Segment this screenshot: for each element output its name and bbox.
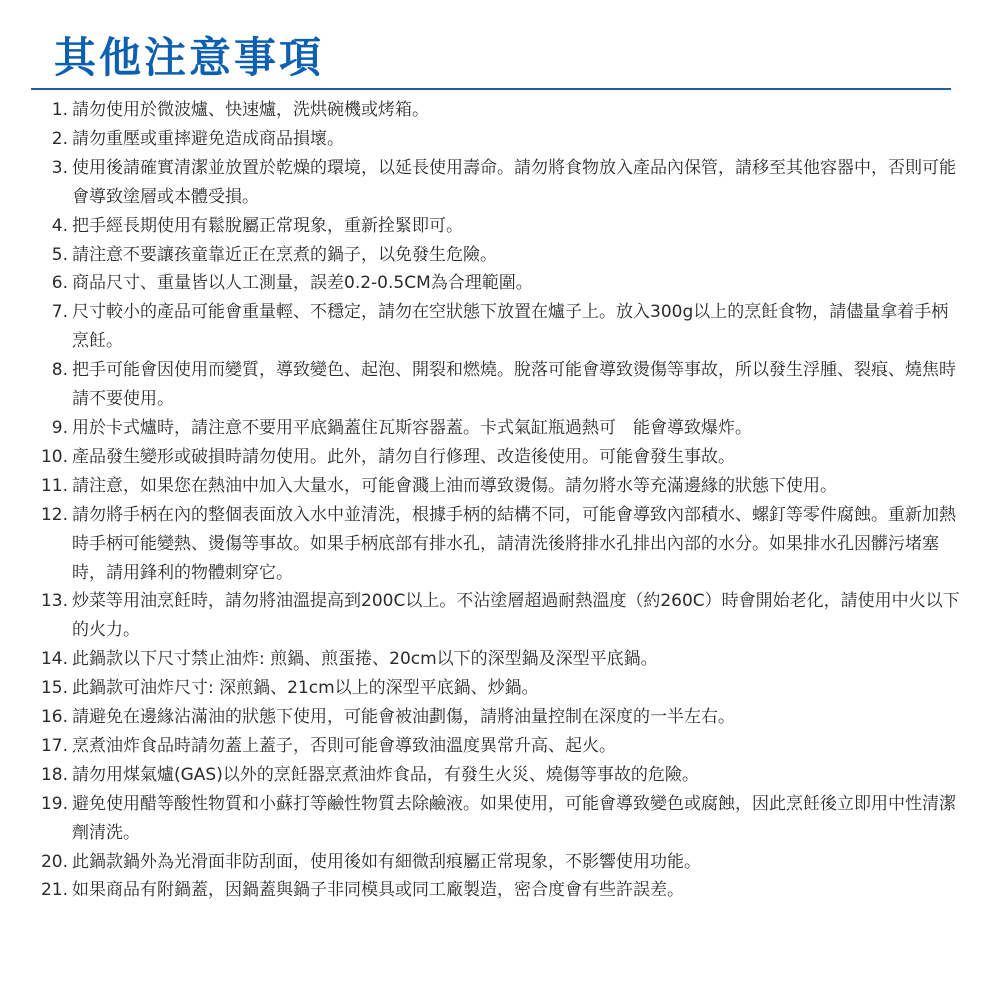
note-item: 10.產品發生變形或破損時請勿使用。此外，請勿自行修理、改造後使用。可能會發生事… (0, 443, 1000, 472)
note-text: 此鍋款以下尺寸禁止油炸: 煎鍋、煎蛋捲、20cm以下的深型鍋及深型平底鍋。 (72, 645, 962, 674)
note-text: 請注意，如果您在熱油中加入大量水，可能會濺上油而導致燙傷。請勿將水等充滿邊緣的狀… (72, 472, 962, 501)
note-text: 請勿使用於微波爐、快速爐，洗烘碗機或烤箱。 (72, 96, 962, 125)
note-number: 15. (0, 674, 68, 703)
note-number: 11. (0, 472, 68, 501)
note-number: 3. (0, 154, 68, 183)
note-item: 1.請勿使用於微波爐、快速爐，洗烘碗機或烤箱。 (0, 96, 1000, 125)
note-item: 17.烹煮油炸食品時請勿蓋上蓋子，否則可能會導致油溫度異常升高、起火。 (0, 732, 1000, 761)
note-number: 1. (0, 96, 68, 125)
note-item: 18.請勿用煤氣爐(GAS)以外的烹飪器烹煮油炸食品，有發生火災、燒傷等事故的危… (0, 761, 1000, 790)
note-number: 8. (0, 356, 68, 385)
note-number: 16. (0, 703, 68, 732)
note-text: 把手經長期使用有鬆脫屬正常現象，重新拴緊即可。 (72, 212, 962, 241)
note-text: 炒菜等用油烹飪時，請勿將油溫提高到200C以上。不沾塗層超過耐熱溫度（約260C… (72, 587, 962, 645)
note-number: 18. (0, 761, 68, 790)
note-number: 10. (0, 443, 68, 472)
notes-list: 1.請勿使用於微波爐、快速爐，洗烘碗機或烤箱。 2.請勿重壓或重摔避免造成商品損… (0, 96, 1000, 905)
note-item: 12.請勿將手柄在內的整個表面放入水中並清洗，根據手柄的結構不同，可能會導致內部… (0, 501, 1000, 588)
note-item: 16.請避免在邊緣沾滿油的狀態下使用，可能會被油劃傷，請將油量控制在深度的一半左… (0, 703, 1000, 732)
note-item: 13.炒菜等用油烹飪時，請勿將油溫提高到200C以上。不沾塗層超過耐熱溫度（約2… (0, 587, 1000, 645)
note-number: 14. (0, 645, 68, 674)
note-item: 19.避免使用醋等酸性物質和小蘇打等鹼性物質去除鹼液。如果使用，可能會導致變色或… (0, 790, 1000, 848)
note-item: 4.把手經長期使用有鬆脫屬正常現象，重新拴緊即可。 (0, 212, 1000, 241)
note-text: 產品發生變形或破損時請勿使用。此外，請勿自行修理、改造後使用。可能會發生事故。 (72, 443, 962, 472)
note-number: 19. (0, 790, 68, 819)
note-item: 11.請注意，如果您在熱油中加入大量水，可能會濺上油而導致燙傷。請勿將水等充滿邊… (0, 472, 1000, 501)
note-text: 烹煮油炸食品時請勿蓋上蓋子，否則可能會導致油溫度異常升高、起火。 (72, 732, 962, 761)
note-text: 請勿用煤氣爐(GAS)以外的烹飪器烹煮油炸食品，有發生火災、燒傷等事故的危險。 (72, 761, 962, 790)
note-number: 4. (0, 212, 68, 241)
note-item: 14.此鍋款以下尺寸禁止油炸: 煎鍋、煎蛋捲、20cm以下的深型鍋及深型平底鍋。 (0, 645, 1000, 674)
note-item: 7.尺寸較小的產品可能會重量輕、不穩定，請勿在空狀態下放置在爐子上。放入300g… (0, 298, 1000, 356)
note-number: 7. (0, 298, 68, 327)
note-text: 使用後請確實清潔並放置於乾燥的環境，以延長使用壽命。請勿將食物放入產品內保管，請… (72, 154, 962, 212)
note-item: 15.此鍋款可油炸尺寸: 深煎鍋、21cm以上的深型平底鍋、炒鍋。 (0, 674, 1000, 703)
note-text: 此鍋款鍋外為光滑面非防刮面，使用後如有細微刮痕屬正常現象，不影響使用功能。 (72, 848, 962, 877)
note-item: 21.如果商品有附鍋蓋，因鍋蓋與鍋子非同模具或同工廠製造，密合度會有些許誤差。 (0, 876, 1000, 905)
note-item: 5.請注意不要讓孩童靠近正在烹煮的鍋子，以免發生危險。 (0, 241, 1000, 270)
note-number: 20. (0, 848, 68, 877)
note-text: 請勿重壓或重摔避免造成商品損壞。 (72, 125, 962, 154)
note-item: 3.使用後請確實清潔並放置於乾燥的環境，以延長使用壽命。請勿將食物放入產品內保管… (0, 154, 1000, 212)
note-text: 避免使用醋等酸性物質和小蘇打等鹼性物質去除鹼液。如果使用，可能會導致變色或腐蝕，… (72, 790, 962, 848)
note-item: 9.用於卡式爐時，請注意不要用平底鍋蓋住瓦斯容器蓋。卡式氣缸瓶過熱可 能會導致爆… (0, 414, 1000, 443)
page-title: 其他注意事項 (54, 32, 324, 84)
note-text: 商品尺寸、重量皆以人工測量，誤差0.2-0.5CM為合理範圍。 (72, 269, 962, 298)
note-item: 2.請勿重壓或重摔避免造成商品損壞。 (0, 125, 1000, 154)
note-number: 6. (0, 269, 68, 298)
note-item: 6.商品尺寸、重量皆以人工測量，誤差0.2-0.5CM為合理範圍。 (0, 269, 1000, 298)
note-number: 9. (0, 414, 68, 443)
note-item: 20.此鍋款鍋外為光滑面非防刮面，使用後如有細微刮痕屬正常現象，不影響使用功能。 (0, 848, 1000, 877)
note-number: 2. (0, 125, 68, 154)
note-item: 8.把手可能會因使用而變質，導致變色、起泡、開裂和燃燒。脫落可能會導致燙傷等事故… (0, 356, 1000, 414)
note-number: 13. (0, 587, 68, 616)
note-text: 此鍋款可油炸尺寸: 深煎鍋、21cm以上的深型平底鍋、炒鍋。 (72, 674, 962, 703)
note-number: 17. (0, 732, 68, 761)
note-text: 請勿將手柄在內的整個表面放入水中並清洗，根據手柄的結構不同，可能會導致內部積水、… (72, 501, 962, 588)
note-text: 請注意不要讓孩童靠近正在烹煮的鍋子，以免發生危險。 (72, 241, 962, 270)
note-text: 請避免在邊緣沾滿油的狀態下使用，可能會被油劃傷，請將油量控制在深度的一半左右。 (72, 703, 962, 732)
note-text: 把手可能會因使用而變質，導致變色、起泡、開裂和燃燒。脫落可能會導致燙傷等事故，所… (72, 356, 962, 414)
note-number: 12. (0, 501, 68, 530)
note-number: 5. (0, 241, 68, 270)
title-divider (31, 88, 951, 90)
note-text: 如果商品有附鍋蓋，因鍋蓋與鍋子非同模具或同工廠製造，密合度會有些許誤差。 (72, 876, 962, 905)
note-text: 尺寸較小的產品可能會重量輕、不穩定，請勿在空狀態下放置在爐子上。放入300g以上… (72, 298, 962, 356)
note-number: 21. (0, 876, 68, 905)
note-text: 用於卡式爐時，請注意不要用平底鍋蓋住瓦斯容器蓋。卡式氣缸瓶過熱可 能會導致爆炸。 (72, 414, 962, 443)
